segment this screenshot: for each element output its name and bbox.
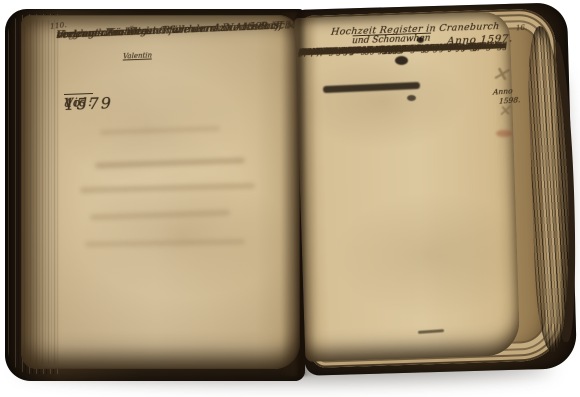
- entry-line: vertrauen worden.: [56, 25, 151, 42]
- left-page-entry: Vortragt dem Ältesten wie der Anno 1599 …: [51, 19, 294, 99]
- ink-blot: [395, 56, 408, 65]
- margin-red-smudge: [496, 130, 512, 137]
- vid-year: 1579: [64, 93, 113, 114]
- inserted-word: Valentin: [123, 51, 153, 60]
- right-page-number: 16.: [516, 24, 528, 33]
- ink-blot: [417, 37, 424, 43]
- margin-cross-mark: ✕: [490, 61, 510, 87]
- manuscript-photo: 110. Vortragt dem Ältesten wie der Anno …: [0, 0, 580, 397]
- ink-blot: [407, 95, 416, 101]
- margin-anno-year: 1598.: [499, 95, 521, 106]
